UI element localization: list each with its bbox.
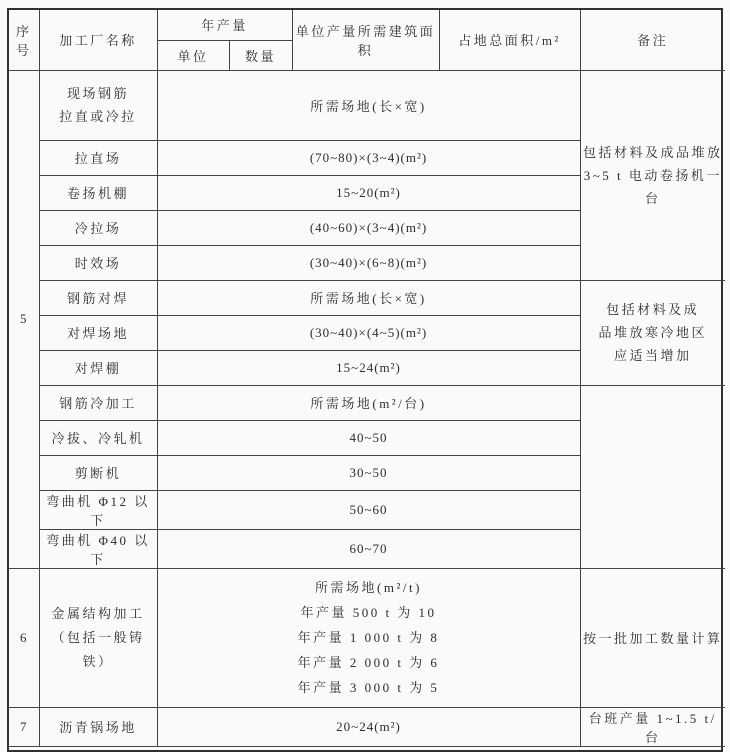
col-header-total-land-area: 占地总面积/m² [439,10,580,70]
plant-name-line: 拉直或冷拉 [42,105,155,128]
col-header-quantity: 数量 [229,40,292,70]
plant-name-cell: 冷拔、冷轧机 [39,420,157,455]
plant-name-cell: 钢筋对焊 [39,280,157,315]
value-cell: (40~60)×(3~4)(m²) [157,210,580,245]
plant-name-line: 金属结构加工 [42,602,155,626]
remark-line: 包括材料及成 [583,298,724,321]
value-cell: 所需场地(长×宽) [157,280,580,315]
table-frame: 序号 加工厂名称 年产量 单位产量所需建筑面积 占地总面积/m² 备注 单位 数… [7,8,723,734]
remark-cell: 台班产量 1~1.5 t/台 [580,707,725,734]
processing-plant-spec-table: 序号 加工厂名称 年产量 单位产量所需建筑面积 占地总面积/m² 备注 单位 数… [9,10,725,734]
plant-name-cell: 对焊棚 [39,350,157,385]
serial-cell-6: 6 [9,568,39,707]
remark-cell: 包括材料及成品堆放 3~5 t 电动卷扬机一台 [580,70,725,280]
plant-name-cell: 钢筋冷加工 [39,385,157,420]
plant-name-cell: 冷拉场 [39,210,157,245]
value-cell: 所需场地(长×宽) [157,70,580,140]
plant-name-cell: 现场钢筋 拉直或冷拉 [39,70,157,140]
table-row: 钢筋对焊 所需场地(长×宽) 包括材料及成 品堆放寒冷地区 应适当增加 [9,280,725,315]
plant-name-cell: 沥青锅场地 [39,707,157,734]
value-cell: 30~50 [157,455,580,490]
col-header-unit: 单位 [157,40,229,70]
plant-name-cell: 卷扬机棚 [39,175,157,210]
value-cell: 60~70 [157,529,580,568]
table-row: 7 沥青锅场地 20~24(m²) 台班产量 1~1.5 t/台 [9,707,725,734]
plant-name-cell: 时效场 [39,245,157,280]
value-line: 年产量 1 000 t 为 8 [160,625,578,650]
value-cell: 15~20(m²) [157,175,580,210]
remark-cell-empty [580,385,725,568]
remark-line: 品堆放寒冷地区 [583,321,724,344]
remark-line: 应适当增加 [583,344,724,367]
remark-cell: 按一批加工数量计算 [580,568,725,707]
value-line: 年产量 500 t 为 10 [160,600,578,625]
col-header-annual-output: 年产量 [157,10,292,40]
value-line: 年产量 3 000 t 为 5 [160,675,578,700]
value-cell: 20~24(m²) [157,707,580,734]
remark-line: 3~5 t 电动卷扬机一台 [583,164,724,210]
col-header-remarks: 备注 [580,10,725,70]
table-row: 6 金属结构加工 （包括一般铸铁） 所需场地(m²/t) 年产量 500 t 为… [9,568,725,707]
table-row: 5 现场钢筋 拉直或冷拉 所需场地(长×宽) 包括材料及成品堆放 3~5 t 电… [9,70,725,140]
table-row: 钢筋冷加工 所需场地(m²/台) [9,385,725,420]
col-header-building-area: 单位产量所需建筑面积 [292,10,439,70]
remark-cell: 包括材料及成 品堆放寒冷地区 应适当增加 [580,280,725,385]
value-line: 所需场地(m²/t) [160,575,578,600]
value-cell: (30~40)×(6~8)(m²) [157,245,580,280]
plant-name-cell: 剪断机 [39,455,157,490]
serial-cell-5: 5 [9,70,39,568]
value-cell: 15~24(m²) [157,350,580,385]
plant-name-cell: 弯曲机 Φ40 以下 [39,529,157,568]
plant-name-cell: 金属结构加工 （包括一般铸铁） [39,568,157,707]
plant-name-cell: 拉直场 [39,140,157,175]
remark-line: 包括材料及成品堆放 [583,141,724,164]
value-line: 年产量 2 000 t 为 6 [160,650,578,675]
value-cell: (30~40)×(4~5)(m²) [157,315,580,350]
value-cell: 所需场地(m²/t) 年产量 500 t 为 10 年产量 1 000 t 为 … [157,568,580,707]
value-cell: 40~50 [157,420,580,455]
col-header-plant-name: 加工厂名称 [39,10,157,70]
plant-name-cell: 对焊场地 [39,315,157,350]
col-header-serial: 序号 [9,10,39,70]
plant-name-line: 现场钢筋 [42,82,155,105]
value-cell: 50~60 [157,490,580,529]
value-cell: (70~80)×(3~4)(m²) [157,140,580,175]
value-cell: 所需场地(m²/台) [157,385,580,420]
serial-cell-7: 7 [9,707,39,734]
plant-name-line: （包括一般铸铁） [42,626,155,674]
plant-name-cell: 弯曲机 Φ12 以下 [39,490,157,529]
